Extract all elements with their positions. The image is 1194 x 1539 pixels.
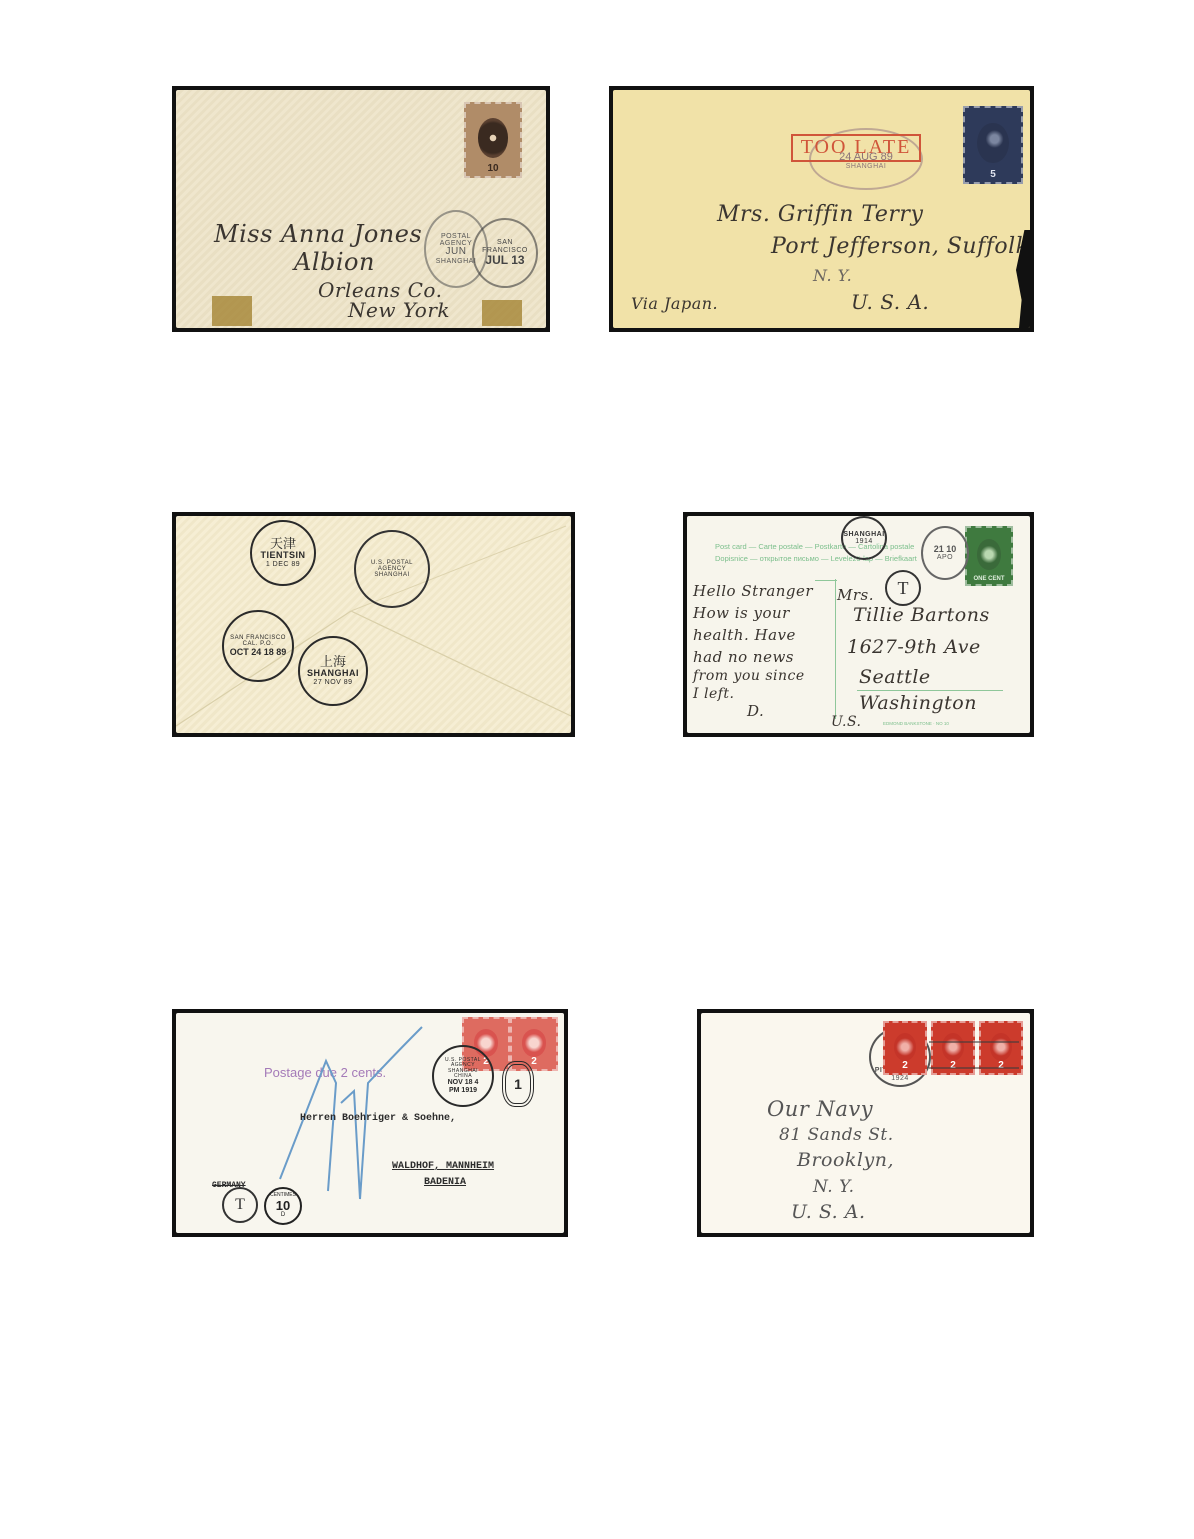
cover-6-stamp-1: 2: [883, 1021, 927, 1075]
cover-1-address-line-4: New York: [348, 298, 450, 322]
cover-5-address-line-2: WALDHOF, MANNHEIM: [392, 1161, 494, 1172]
cover-4-address-line-1: Mrs.: [837, 586, 874, 604]
cover-4-postmark-tax-t: T: [885, 570, 921, 606]
cover-4-address-line-6: U.S.: [831, 714, 862, 730]
cover-5-tax-t-mark: T: [222, 1187, 258, 1223]
cover-4-message-signature: D.: [747, 702, 764, 720]
cover-4-postcard: Post card — Carte postale — Postkarte — …: [687, 516, 1030, 733]
cover-1-address-line-1: Miss Anna Jones: [214, 220, 422, 248]
cover-2-address-line-1: Mrs. Griffin Terry: [717, 202, 923, 227]
cover-4-postmark-shanghai: SHANGHAI 1914: [841, 516, 887, 560]
cover-4-stamp: ONE CENT: [965, 526, 1013, 586]
cover-4-address-line-4: Seattle: [859, 666, 931, 688]
cover-1-stamp: 10: [464, 102, 522, 178]
cover-1-hinge-tape-left: [212, 296, 252, 326]
cover-4-message-line-3: health. Have: [693, 626, 796, 644]
cover-4-divider-horizontal: [815, 580, 837, 581]
cover-6-address-line-1: Our Navy: [767, 1097, 873, 1121]
cover-5-centimes-mark: CENTIMES 10 D: [264, 1187, 302, 1225]
cover-4-message-line-5: from you since: [693, 668, 805, 684]
cover-4-address-line-5: Washington: [859, 692, 977, 714]
cover-1-hinge-tape-right: [482, 300, 522, 326]
cover-1: 10 POSTAL AGENCY JUN SHANGHAI SAN FRANCI…: [172, 86, 550, 332]
cover-3-postmark-shanghai: 上海 SHANGHAI 27 NOV 89: [298, 636, 368, 706]
cover-6-machine-cancel-bars: [929, 1041, 1019, 1069]
cover-6-envelope: U.S. PITTSBURGH 1924 2 2 2 Our Navy 81 S…: [701, 1013, 1030, 1233]
cover-6-address-line-3: Brooklyn,: [797, 1149, 894, 1171]
cover-4-message-line-2: How is your: [693, 604, 790, 622]
cover-2: 5 24 AUG 89 SHANGHAI TOO LATE Mrs. Griff…: [609, 86, 1034, 332]
cover-2-envelope: 5 24 AUG 89 SHANGHAI TOO LATE Mrs. Griff…: [613, 90, 1030, 328]
cover-3-envelope-back: 天津 TIENTSIN 1 DEC 89 U.S. POSTAL AGENCY …: [176, 516, 571, 733]
cover-4-postmark-apo: 21 10 APO: [921, 526, 969, 580]
cover-1-envelope: 10 POSTAL AGENCY JUN SHANGHAI SAN FRANCI…: [176, 90, 546, 328]
cover-3-postmark-san-francisco: SAN FRANCISCO CAL. P.O. OCT 24 18 89: [222, 610, 294, 682]
cover-2-stamp: 5: [963, 106, 1023, 184]
cover-4-message-line-1: Hello Stranger: [693, 582, 813, 600]
cover-1-postmark-san-francisco: SAN FRANCISCO JUL 13: [472, 218, 538, 288]
cover-3: 天津 TIENTSIN 1 DEC 89 U.S. POSTAL AGENCY …: [172, 512, 575, 737]
cover-6-address-line-4: N. Y.: [813, 1177, 855, 1197]
cover-4-publisher-imprint: EDMOND BANKSTONE · NO 10: [883, 721, 949, 726]
cover-2-address-line-4: U. S. A.: [851, 290, 929, 314]
cover-2-address-line-3: N. Y.: [813, 266, 852, 285]
cover-2-too-late-handstamp: TOO LATE: [791, 134, 921, 162]
cover-3-postmark-us-agency-shanghai: U.S. POSTAL AGENCY SHANGHAI: [354, 530, 430, 608]
cover-4-card-header-line-2: Dopisnice — открытое письмо — Levelezö-l…: [715, 554, 917, 563]
cover-1-address-line-2: Albion: [294, 248, 375, 276]
cover-6-address-line-2: 81 Sands St.: [779, 1125, 894, 1145]
cover-5-address-line-1: Herren Boehriger & Soehne,: [300, 1113, 456, 1124]
cover-4-address-line-3: 1627-9th Ave: [847, 636, 981, 658]
cover-4-address-line-2: Tillie Bartons: [853, 604, 990, 626]
cover-4-address-rule: [857, 690, 1003, 691]
cover-4-divider-vertical: [835, 579, 836, 719]
cover-5-envelope: 2 2 U.S. POSTAL AGENCY SHANGHAI CHINA NO…: [176, 1013, 564, 1233]
cover-2-routing-note: Via Japan.: [631, 294, 718, 313]
cover-4: Post card — Carte postale — Postkarte — …: [683, 512, 1034, 737]
cover-2-address-line-2: Port Jefferson, Suffolk: [771, 234, 1030, 259]
cover-4-message-line-6: I left.: [693, 686, 735, 702]
cover-4-message-line-4: had no news: [693, 648, 794, 666]
cover-6: U.S. PITTSBURGH 1924 2 2 2 Our Navy 81 S…: [697, 1009, 1034, 1237]
cover-6-address-line-5: U. S. A.: [791, 1201, 866, 1223]
cover-3-postmark-tientsin: 天津 TIENTSIN 1 DEC 89: [250, 520, 316, 586]
cover-5: 2 2 U.S. POSTAL AGENCY SHANGHAI CHINA NO…: [172, 1009, 568, 1237]
cover-5-address-line-3: BADENIA: [424, 1177, 466, 1188]
